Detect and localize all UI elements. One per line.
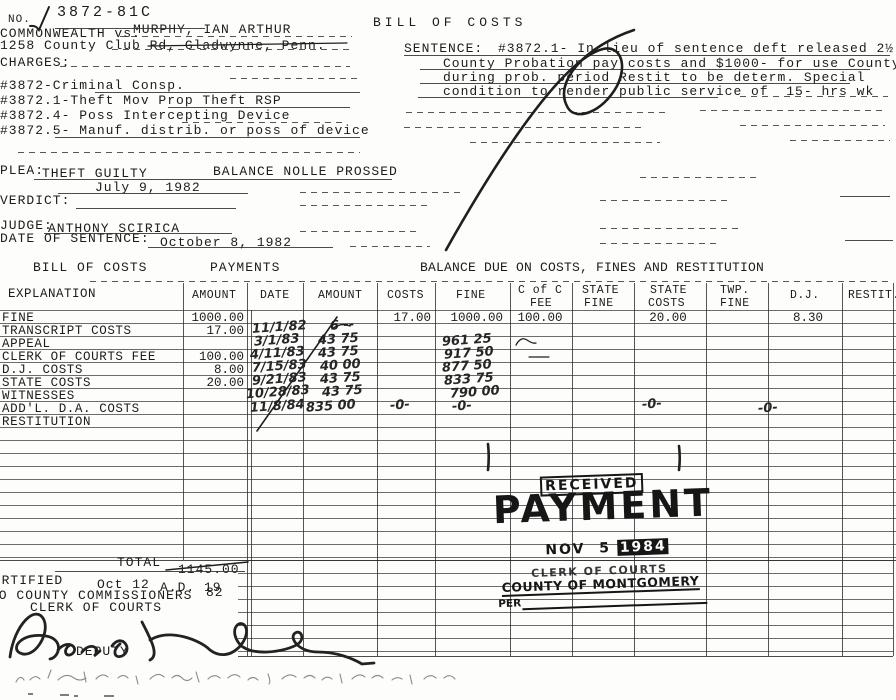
scanned-bill-of-costs-document: NO. 3872-81C COMMONWEALTH vs. MURPHY, IA… xyxy=(0,0,896,700)
rule xyxy=(600,228,740,229)
col-header-state-fine: FINE xyxy=(584,298,614,309)
rule xyxy=(34,179,392,180)
col-header-amount: AMOUNT xyxy=(192,290,236,301)
column-divider xyxy=(303,283,304,656)
amount-cell: 20.00 xyxy=(186,377,244,389)
col-header-dj: D.J. xyxy=(790,290,820,301)
rule xyxy=(95,92,360,93)
amount-cell: 100.00 xyxy=(186,351,244,363)
rule xyxy=(55,137,360,138)
total-value: 1145.00 xyxy=(178,563,240,576)
defendant-name: MURPHY, IAN ARTHUR xyxy=(133,23,291,36)
rule xyxy=(600,243,720,244)
sentence-label: SENTENCE: xyxy=(404,42,483,55)
hw-zero-balance: -0- xyxy=(452,400,473,413)
rule xyxy=(404,127,644,128)
rule xyxy=(148,247,333,248)
col-header-costs: COSTS xyxy=(387,290,424,301)
rule xyxy=(740,125,885,126)
rule xyxy=(420,69,870,70)
col-header-restit: RESTIT. xyxy=(848,290,896,301)
charge-line: #3872-Criminal Consp. xyxy=(0,79,185,92)
rule xyxy=(76,208,236,209)
table-row-label: APPEAL xyxy=(2,338,51,350)
amount-cell: 1000.00 xyxy=(186,312,244,324)
charge-line: #3872.5- Manuf. distrib. or poss of devi… xyxy=(0,124,370,137)
rule xyxy=(740,96,888,97)
table-row-label: STATE COSTS xyxy=(2,377,91,389)
deputy-label: DEPUTY xyxy=(76,645,129,658)
stamp-per-label: PER xyxy=(498,597,521,610)
column-divider xyxy=(183,283,184,560)
rule xyxy=(640,177,760,178)
col-header-cofc-fee: C of C xyxy=(518,285,562,296)
rule xyxy=(60,66,350,67)
section-bill-of-costs: BILL OF COSTS xyxy=(33,261,147,274)
certified-label: CERTIFIED xyxy=(0,574,63,587)
rule xyxy=(58,193,248,194)
column-divider xyxy=(893,283,894,656)
rule xyxy=(845,240,893,241)
column-divider xyxy=(247,283,248,656)
rule xyxy=(406,112,666,113)
column-divider xyxy=(842,283,843,656)
col-header-cofc-fee: FEE xyxy=(530,298,552,309)
rule xyxy=(300,231,420,232)
faint-handwriting-line xyxy=(16,670,455,684)
rule xyxy=(470,142,660,143)
rule xyxy=(44,233,232,234)
plea-balance: BALANCE NOLLE PROSSED xyxy=(213,165,398,178)
rule xyxy=(120,36,352,37)
table-row-label: TRANSCRIPT COSTS xyxy=(2,325,132,337)
stamp-date-year: 1984 xyxy=(618,538,669,556)
col-header-twp-fine: FINE xyxy=(720,298,750,309)
stamp-payment-text: PAYMENT xyxy=(492,481,714,533)
rule xyxy=(55,571,245,572)
column-divider xyxy=(377,283,378,656)
stamp-date: NOV 5 1984 xyxy=(545,538,669,558)
stamp-date-day: 5 xyxy=(599,540,611,556)
table-bottom-rule xyxy=(238,656,893,657)
dj-cell: 8.30 xyxy=(786,312,830,324)
col-header-date: DATE xyxy=(260,290,290,301)
column-divider xyxy=(768,283,769,656)
case-number: 3872-81C xyxy=(57,6,153,19)
col-header-state-fine: STATE xyxy=(582,285,619,296)
state-costs-cell: 20.00 xyxy=(640,312,696,324)
rule xyxy=(182,122,345,123)
rule xyxy=(300,205,430,206)
table-row-label: CLERK OF COURTS FEE xyxy=(2,351,156,363)
fine-balance-cell: 1000.00 xyxy=(443,312,503,324)
table-row-label: D.J. COSTS xyxy=(2,364,83,376)
rule xyxy=(55,28,205,29)
table-top-rule xyxy=(90,281,893,282)
hw-zero-balance: -0- xyxy=(642,398,663,411)
col-header-fine: FINE xyxy=(456,290,486,301)
amount-cell: 17.00 xyxy=(186,325,244,337)
certified-year: 82 xyxy=(206,586,224,599)
rule xyxy=(420,83,850,84)
rule xyxy=(840,196,890,197)
rule xyxy=(112,49,350,50)
rule xyxy=(700,110,885,111)
costs-balance-cell: 17.00 xyxy=(381,312,431,324)
rule xyxy=(18,152,360,153)
rule xyxy=(168,107,350,108)
scan-artifacts xyxy=(28,694,114,696)
table-row-label: FINE xyxy=(2,312,34,324)
rule xyxy=(404,55,890,56)
col-header-amount-paid: AMOUNT xyxy=(318,290,362,301)
charge-line: #3872.4- Poss Intercepting Device xyxy=(0,109,290,122)
section-balance-due: BALANCE DUE ON COSTS, FINES AND RESTITUT… xyxy=(420,261,764,274)
rule xyxy=(350,246,430,247)
amount-cell: 8.00 xyxy=(186,364,244,376)
rule xyxy=(418,97,718,98)
charges-label: CHARGES: xyxy=(0,56,70,69)
hw-payment-amount: 835 00 xyxy=(306,399,356,414)
received-payment-stamp: RECEIVED PAYMENT NOV 5 1984 CLERK OF COU… xyxy=(488,464,743,613)
rule xyxy=(230,78,360,79)
col-header-state-costs: COSTS xyxy=(648,298,685,309)
rule xyxy=(600,200,730,201)
document-title: BILL OF COSTS xyxy=(373,16,526,29)
hw-zero-balance: -0- xyxy=(758,402,779,415)
table-row-label: RESTITUTION xyxy=(2,416,91,428)
clerk-of-courts-line: CLERK OF COURTS xyxy=(30,601,162,614)
col-header-explanation: EXPLANATION xyxy=(8,289,96,300)
rule xyxy=(300,192,460,193)
hw-payment-date: 11/8/84 xyxy=(250,399,305,415)
table-row-label: WITNESSES xyxy=(2,390,75,402)
sentence-line: #3872.1- In lieu of sentence deft releas… xyxy=(498,42,896,55)
col-header-state-costs: STATE xyxy=(650,285,687,296)
charge-line: #3872.1-Theft Mov Prop Theft RSP xyxy=(0,94,282,107)
col-header-twp-fine: TWP. xyxy=(720,285,750,296)
stamp-date-month: NOV xyxy=(545,541,586,558)
plea-label: PLEA: xyxy=(0,164,44,177)
total-label: TOTAL xyxy=(117,556,161,569)
section-payments: PAYMENTS xyxy=(210,261,280,274)
hw-zero-balance: -0- xyxy=(390,399,411,412)
verdict-label: VERDICT: xyxy=(0,194,70,207)
rule xyxy=(790,140,890,141)
cofc-fee-cell: 100.00 xyxy=(512,312,568,324)
defendant-address: 1258 County Club Rd, Gladwynne, Penn. xyxy=(0,39,326,52)
table-row-label: ADD'L. D.A. COSTS xyxy=(2,403,140,415)
column-divider xyxy=(435,283,436,656)
